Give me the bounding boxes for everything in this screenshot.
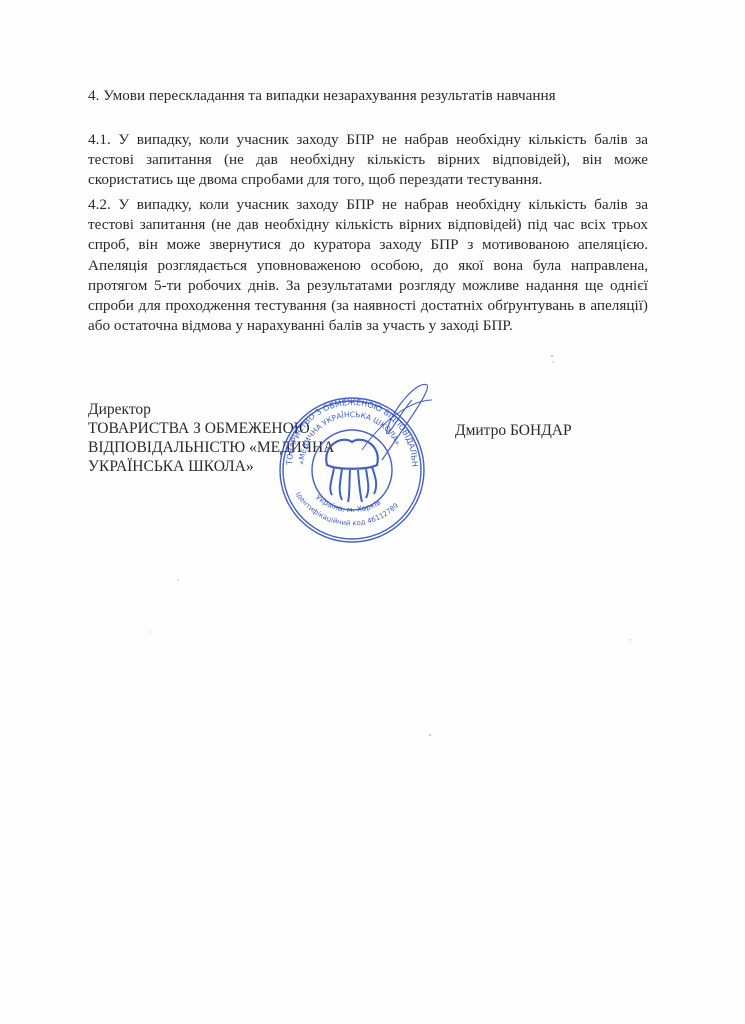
signatory-position: Директор — [88, 400, 334, 419]
section-heading: 4. Умови перескладання та випадки незара… — [88, 86, 556, 105]
paragraph-4-1: 4.1. У випадку, коли учасник заходу БПР … — [88, 130, 648, 191]
organization-line-1: ТОВАРИСТВА З ОБМЕЖЕНОЮ — [88, 419, 334, 438]
organization-line-3: УКРАЇНСЬКА ШКОЛА» — [88, 457, 334, 476]
svg-text:Україна, м. Харків: Україна, м. Харків — [314, 493, 382, 514]
organization-line-2: ВІДПОВІДАЛЬНІСТЮ «МЕДИЧНА — [88, 438, 334, 457]
document-page: 4. Умови перескладання та випадки незара… — [0, 0, 745, 1024]
svg-text:Ідентифікаційний код 46112789: Ідентифікаційний код 46112789 — [294, 490, 400, 527]
stamp-code-text: Ідентифікаційний код 46112789 — [294, 490, 400, 527]
signatory-name: Дмитро БОНДАР — [455, 422, 572, 440]
stamp-location-text: Україна, м. Харків — [314, 493, 382, 514]
signature-block: Директор ТОВАРИСТВА З ОБМЕЖЕНОЮ ВІДПОВІД… — [88, 400, 334, 476]
paragraph-4-2: 4.2. У випадку, коли учасник заходу БПР … — [88, 195, 648, 336]
